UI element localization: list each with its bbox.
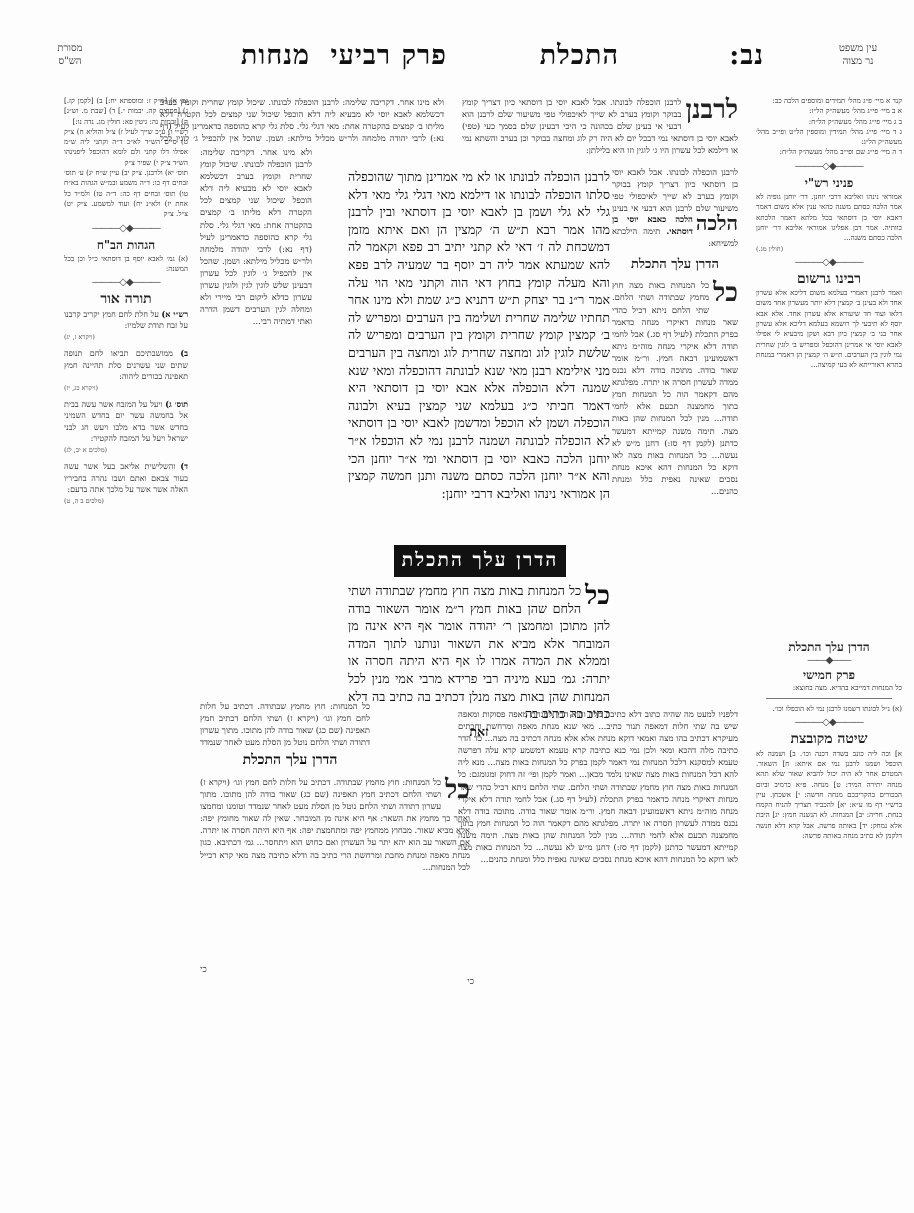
folio-mark-left: כי (200, 964, 207, 975)
footnote: (א) נ״ל לבונתו דשמנו לרבנן נמי לא הוכפלו… (756, 704, 902, 714)
ein-mishpat-heading: עין משפט נר מצוה (816, 42, 900, 68)
torah-or-entry: ב) ממושבתיכם תביאו לחם תנופה שתים שני עש… (64, 348, 188, 383)
rashi-top: לרבנן לרבנן הוכפלה לבונתו. אבל לאבא יוסי… (462, 96, 738, 166)
perek-chamishi-title: פרק חמישי (756, 670, 902, 680)
gemara-top-lines: לרבנן הוכפלה לבונתו או לא מי אמרינן מתוך… (348, 169, 610, 501)
torah-or-title: תורה אור (64, 294, 188, 304)
ein-mishpat-entry: א ב מיי׳ פי״ג מהל׳ מעשה״ק הל״ז: (756, 106, 902, 116)
masoret-hashas-heading: מסורת הש"ס (40, 42, 100, 68)
hadran-banner: הדרן עלך התכלת (394, 545, 566, 577)
rashi-column: לרבנן הוכפלה לבונתו. אבל לאבא יוסי בן דו… (612, 166, 738, 706)
hagahot-title: הגהות הב"ח (64, 240, 188, 250)
tosafot-bottom: כל כל המנחות: חוץ מחמץ שבתודה. דכתיב על … (200, 776, 470, 972)
ein-mishpat-column: קנד א מיי׳ פ״ג מהל׳ תמידים ומוספים הלכה … (756, 96, 902, 996)
rashi-halacha: הלכה הלכה כאבא יוסי בן דוסתאי. תימה הילכ… (612, 213, 738, 249)
ornament-divider: ―――◆◇――― (64, 278, 188, 288)
masoret-hashas-column: גמ׳ א) [מ״ק ז: ומוספתא יח:] ב) [לקמן קז.… (64, 96, 188, 996)
torah-or-entry: תוס׳ ג) ויעל על המזבח אשר עשה בבית אל בח… (64, 399, 188, 445)
torah-or-label: תוס׳ ג) (165, 399, 188, 409)
torah-or-text: ממושבתיכם תביאו לחם תנופה שתים שני עשרני… (64, 349, 188, 381)
chapter-name: התכלת (540, 40, 619, 71)
page-header: עין משפט נר מצוה נב: התכלת פרק רביעי מנח… (0, 36, 914, 88)
tractate-name: מנחות (241, 40, 310, 71)
rashi-bottom-text: דלפניו למעט מה שהיה כתוב דלא כתיבה מלה ו… (458, 709, 738, 779)
masoret-entries: גמ׳ א) [מ״ק ז: ומוספתא יח:] ב) [לקמן קז.… (64, 96, 188, 127)
kol-word: כל (713, 280, 738, 306)
tosafot-end: כל המנחות: חוץ מחמץ שבתודה. דכתיב על חלו… (200, 700, 370, 750)
ornament-divider: ―――◆◇――― (756, 162, 902, 172)
ornament-divider: ――◆―― (756, 656, 902, 666)
tosafot-end-text: כל המנחות: חוץ מחמץ שבתודה. דכתיב על חלו… (200, 700, 370, 750)
torah-or-cite: (מלכים א יב, לג) (64, 445, 188, 455)
torah-or-label: ד) (180, 461, 188, 471)
gershom-hadran: הדרן עלך התכלת (756, 642, 902, 652)
torah-or-text: והשלישית אליאב בעל אשר עשה בעור צבאם ואת… (64, 462, 188, 494)
note-divider (766, 698, 892, 699)
torah-or-cite: (מלכים ב ה, ט) (64, 496, 188, 506)
torah-or-cite: (ויקרא כג, יז) (64, 383, 188, 393)
tosafot-bottom-text: כל המנחות: חוץ מחמץ שבתודה. דכתיב על חלו… (200, 777, 470, 872)
ein-mishpat-entry: ד ה מיי׳ פי״ג שם ופי״ב מהל׳ מעשה״ק הל״ח: (756, 147, 902, 157)
rashi-opening-word: לרבנן (685, 97, 738, 123)
tosafot-continuation: ולא מינו אחר. דקריבה שלימה: לרבנן הוכפלה… (200, 146, 312, 327)
torah-or-entry: רש״י א) על חלת לחם חמץ יקריב קרבנו על זב… (64, 309, 188, 332)
ornament-divider: ―――◆◇――― (64, 224, 188, 234)
ein-mishpat-entry: ג ד מיי׳ פי״ג מהל׳ תמידין ומוספין הל״ט ו… (756, 127, 902, 148)
halacha-word: הלכה (696, 213, 738, 233)
shita-mekubetzet-title: שיטה מקובצת (756, 734, 902, 744)
torah-or-entry: ד) והשלישית אליאב בעל אשר עשה בעור צבאם … (64, 461, 188, 496)
ornament-divider: ―――◆◇――― (756, 258, 902, 268)
pnei-rashi-title: פניני רש"י (756, 178, 902, 188)
folio-mark-right: כי (467, 976, 474, 987)
perek-chamishi-text: כל המנחות דמייבא בהדיא. מצה בחוצא: (756, 683, 902, 693)
ein-mishpat-entry: קנד א מיי׳ פ״ג מהל׳ תמידים ומוספים הלכה … (756, 96, 902, 106)
torah-or-label: ב) (180, 348, 188, 358)
mishnah-opening-word: כל (585, 583, 610, 609)
chapter-number: פרק רביעי (330, 40, 447, 71)
rashi-continuation: לרבנן הוכפלה לבונתו. אבל לאבא יוסי בן דו… (612, 166, 738, 213)
masoret-rashi-notes: רש״י ו) ע״כ שייך לעיל ז) צ״ל והוליא ח) צ… (64, 127, 188, 168)
rabbeinu-gershom-title: רבינו גרשום (756, 274, 902, 284)
ein-mishpat-entry: ב ג מיי׳ פי״ג מהל׳ מעשה״ק הל״ח: (756, 117, 902, 127)
rabbeinu-gershom-text: ואמר לרבנן דאמרי בעלמא משום דליכא אלא עש… (756, 288, 902, 636)
torah-or-label: רש״י א) (161, 309, 188, 319)
pnei-rashi-text: אמוראי נינהו ואליבא דרבי יוחנן. דר׳ יוחנ… (756, 192, 902, 243)
daf-number: נב: (729, 40, 764, 71)
masoret-tosafot-notes: תוס׳ יא) ולרבנן. צ״ק יב) עיין ש״ח יג) ע׳… (64, 168, 188, 219)
ornament-divider: ―――◆◇――― (756, 718, 902, 728)
rashi-mishnah-extra: כל המנחות באות מצה חוץ מחמץ שבתודה ושתי … (458, 769, 738, 864)
tosafot-top-text: ולא מינו אחר. דקריבה שלימה: לרבנן הוכפלה… (160, 97, 444, 144)
tosafot-column: ולא מינו אחר. דקריבה שלימה: לרבנן הוכפלה… (200, 146, 312, 706)
torah-or-cite: (ויקרא ז, יג) (64, 332, 188, 342)
tosafot-top: ולא מינו אחר. דקריבה שלימה: לרבנן הוכפלה… (160, 96, 444, 144)
tosafot-hadran: הדרן עלך התכלת (200, 752, 380, 769)
rashi-mishnah-text: כל המנחות באות מצה חוץ מחמץ שבתודה ושתי … (612, 280, 738, 496)
pnei-rashi-cite: (חולין מג.) (756, 244, 902, 254)
rashi-mishnah-commentary: כל כל המנחות באות מצה חוץ מחמץ שבתודה וש… (612, 279, 738, 497)
gemara-text: לרבנן הוכפלה לבונתו או לא מי אמרינן מתוך… (348, 168, 610, 542)
hagahot-text: (א) גמ׳ לאבא יוסף בן דוסתאי כ״ל וכן בכל … (64, 254, 188, 275)
rashi-hadran: הדרן עלך התכלת (612, 259, 738, 271)
shita-mekubetzet-text: א] וכה ליה כונב בשדה דכנה וכו׳. ב] ושמנה… (756, 749, 902, 842)
rashi-bottom: דלפניו למעט מה שהיה כתוב דלא כתיבה מלה ו… (458, 708, 738, 972)
